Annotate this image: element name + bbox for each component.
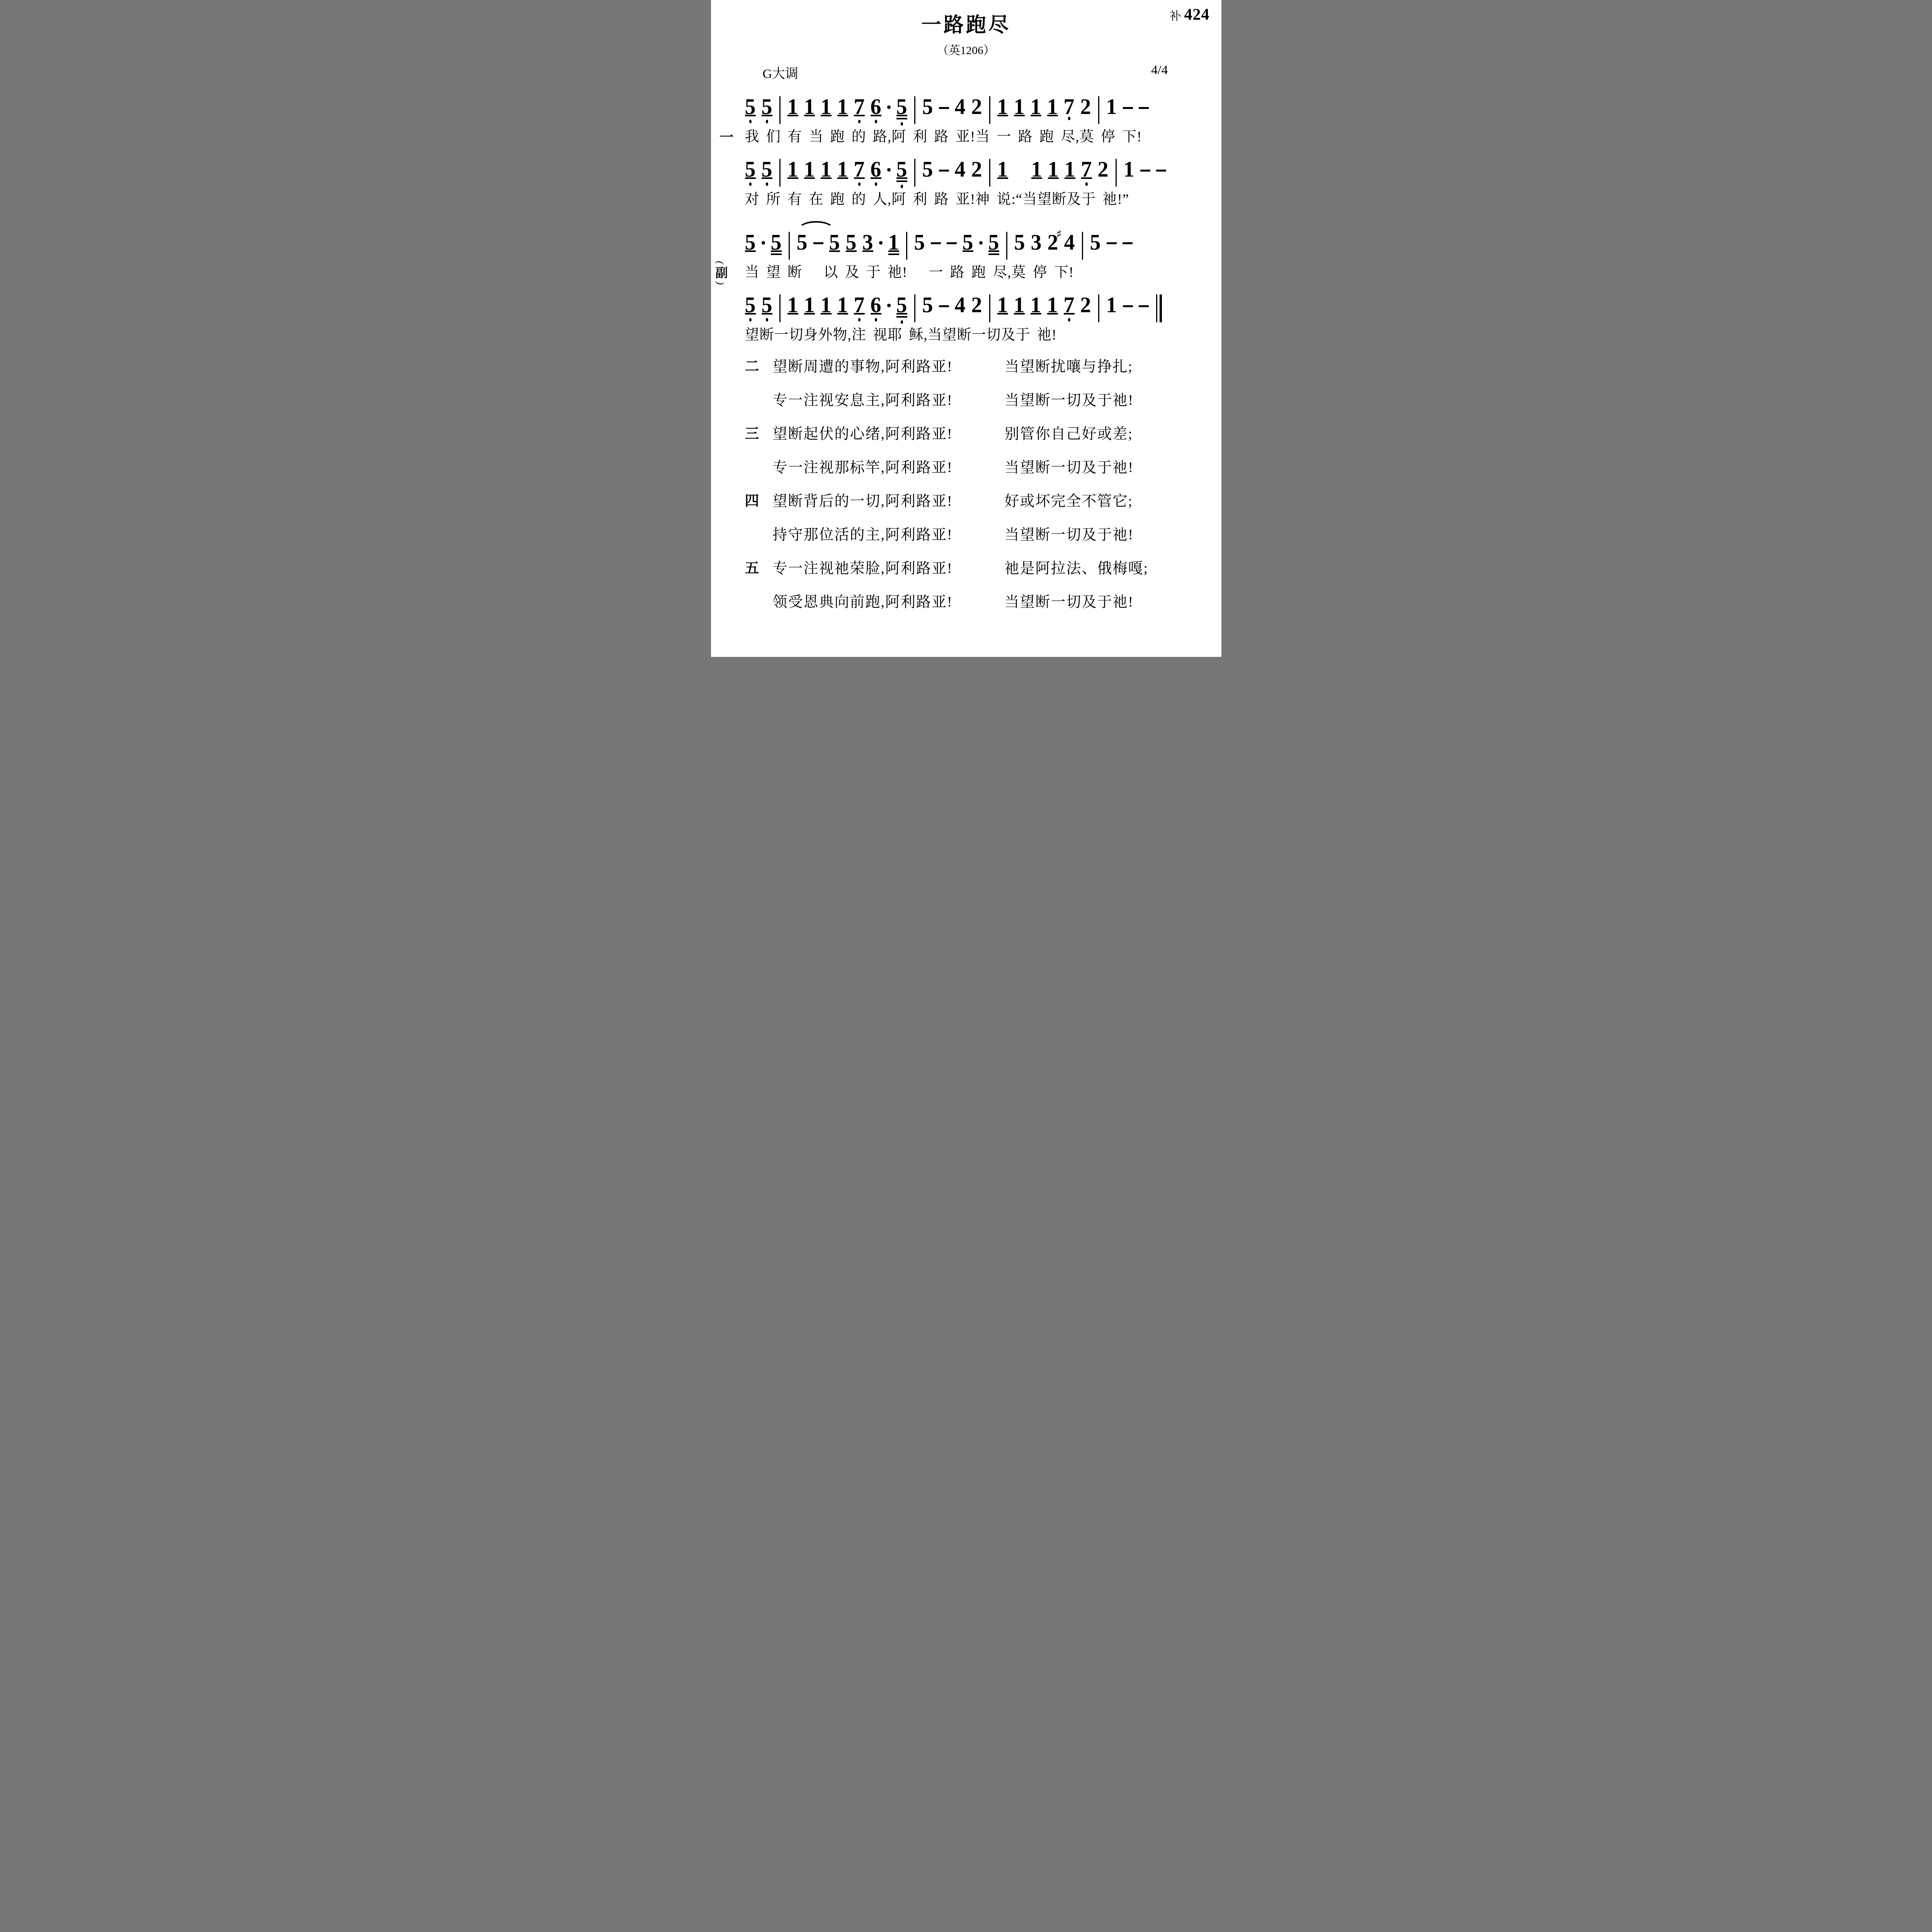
sharp-accidental: ♯ [1056,229,1062,240]
eighth-underline [1081,177,1092,179]
barline [779,159,781,187]
note-digit: 2 [1080,95,1091,119]
note: ♯4 [1064,232,1075,253]
note: 6 [871,159,881,180]
duration-dash [939,170,949,172]
note: 1 [1065,159,1075,180]
note-digit: 4 [955,158,966,182]
note: 5 [745,232,756,253]
verse-line: 持守那位活的主,阿利路亚!当望断一切及于祂! [745,522,1210,544]
note: 4 [955,96,966,118]
dotted-note-dot [762,232,765,253]
low-octave-dot [766,182,768,186]
notation-line: 5511117655421111721 [745,291,1210,319]
note: 5 [797,232,808,253]
low-octave-dot [858,120,861,123]
verse-text-right: 当望断一切及于祂! [1005,590,1210,611]
verse-number: 三 [745,422,773,443]
note: 4 [955,159,966,180]
eighth-underline [888,250,899,252]
verse-text-right: 当望断扰嚷与挣扎; [1005,354,1210,376]
note: 1 [821,96,832,118]
note: 5 [1090,232,1101,253]
note: 1 [888,232,899,253]
eighth-underline [896,115,907,116]
eighth-underline [745,115,756,116]
low-octave-dot [1068,318,1070,321]
note: 1 [997,159,1008,180]
note: 5 [963,232,973,253]
low-octave-dot [875,120,877,123]
note: 2 [971,96,982,118]
barline [1116,159,1117,187]
note: 1 [1124,159,1134,180]
eighth-underline [871,177,881,179]
eighth-underline [837,177,848,179]
sixteenth-underline [896,316,907,318]
eighth-underline [804,177,815,179]
score-system: 5511117655421111721望断一切身外物,注 视耶 稣,当望断一切及… [745,291,1210,344]
subtitle-english-index: （英1206） [711,41,1221,58]
note: 3 [862,232,873,253]
note: 5 [745,96,756,118]
note: 1 [821,294,832,316]
barline [1082,232,1083,260]
note: 2 [1080,294,1091,316]
eighth-underline [829,250,840,252]
eighth-underline [846,250,857,252]
dotted-note-dot [879,232,883,253]
verse: 四望断背后的一切,阿利路亚!好或坏完全不管它;持守那位活的主,阿利路亚!当望断一… [745,489,1210,544]
eighth-underline [1031,177,1042,179]
note: 1 [1014,96,1025,118]
note: 1 [1048,159,1059,180]
eighth-underline [762,177,772,179]
note: 5 [914,232,925,253]
eighth-underline [1048,177,1059,179]
chorus-label: 副 [716,267,728,280]
notation-line: 5511117655421111721 [745,93,1210,121]
chorus-paren-close-icon: ) [718,282,726,286]
eighth-underline [837,313,848,315]
dotted-note-dot [887,294,891,316]
low-octave-dot [766,120,768,123]
note: 2 [971,159,982,180]
note: 5 [922,294,933,316]
eighth-underline [787,313,798,315]
note: 2 [1080,96,1091,118]
eighth-underline [821,115,832,116]
eighth-underline [745,313,756,315]
sixteenth-underline [896,118,907,119]
note-digit: 5 [922,158,933,182]
verse-line: 二望断周遭的事物,阿利路亚!当望断扰嚷与挣扎; [745,354,1210,376]
note: 5 [762,294,772,316]
duration-dash [1140,170,1150,172]
time-signature: 4/4 [1151,63,1168,78]
note: 1 [837,96,848,118]
note: 1 [1106,96,1117,118]
score-system: 5555531555532♯45(副)当 望 断 以 及 于 祂! 一 路 跑 … [745,219,1210,281]
lyric-text: 当 望 断 以 及 于 祂! 一 路 跑 尽,莫 停 下! [745,265,1074,281]
eighth-underline [854,313,865,315]
note: 1 [837,159,848,180]
note: 2 [971,294,982,316]
hymn-number-value: 424 [1184,6,1210,24]
note-digit: 5 [797,231,808,255]
note: 5 [771,232,782,253]
verse-text-left: 望断起伏的心绪,阿利路亚! [773,422,1005,443]
low-octave-dot [875,318,877,321]
verse-text-right: 当望断一切及于祂! [1005,522,1210,544]
eighth-underline [804,313,815,315]
note-digit: 5 [1090,231,1101,255]
verse: 五专一注视祂荣脸,阿利路亚!祂是阿拉法、俄梅嘎;领受恩典向前跑,阿利路亚!当望断… [745,556,1210,611]
page-title: 一路跑尽 [711,9,1221,37]
duration-dash [947,242,957,244]
verse-line: 领受恩典向前跑,阿利路亚!当望断一切及于祂! [745,590,1210,611]
eighth-underline [787,115,798,116]
note: 5 [1014,232,1025,253]
barline [914,159,915,187]
note: 1 [787,96,798,118]
note: 1 [1106,294,1117,316]
hymn-number-label: 补 [1170,10,1181,22]
verse-text-right: 当望断一切及于祂! [1005,388,1210,409]
note: 2 [1098,159,1109,180]
low-octave-dot [875,182,877,186]
eighth-underline [1047,115,1058,116]
duration-dash [1123,107,1133,109]
verse-line: 五专一注视祂荣脸,阿利路亚!祂是阿拉法、俄梅嘎; [745,556,1210,577]
final-barline [1156,294,1162,322]
low-octave-dot [901,122,903,126]
note: 5 [988,232,999,253]
eighth-underline [762,115,772,116]
barline [789,232,790,260]
lyric-text: 我 们 有 当 跑 的 路,阿 利 路 亚!当 一 路 跑 尽,莫 停 下! [745,129,1142,145]
note: 3 [1031,232,1042,253]
note-digit: 4 [1064,231,1075,255]
verse-text-right: 别管你自己好或差; [1005,422,1210,443]
note-digit: 5 [922,293,933,317]
eighth-underline [997,313,1008,315]
barline [989,96,990,124]
note: 1 [1014,294,1025,316]
eighth-underline [1047,313,1058,315]
note-digit: 1 [1124,158,1134,182]
note: 7 [1064,294,1075,316]
lyric-line: 一我 们 有 当 跑 的 路,阿 利 路 亚!当 一 路 跑 尽,莫 停 下! [745,129,1210,146]
note: 1 [837,294,848,316]
eighth-underline [804,115,815,116]
low-octave-dot [1085,182,1088,186]
eighth-underline [762,313,772,315]
eighth-underline [854,115,865,116]
low-octave-dot [901,185,903,188]
hymn-number: 补 424 [1170,5,1210,24]
duration-dash [1156,170,1166,172]
verse-line: 专一注视那标竿,阿利路亚!当望断一切及于祂! [745,455,1210,476]
hymn-sheet-page: 补 424 一路跑尽 （英1206） G大调 4/4 5511117655421… [711,0,1221,657]
lyric-line: 对 所 有 在 跑 的 人,阿 利 路 亚!神 说:“当望断及于 祂!” [745,191,1210,208]
note: 5 [745,294,756,316]
verse-text-left: 领受恩典向前跑,阿利路亚! [773,590,1005,611]
verse-number: 五 [745,556,773,577]
duration-dash [1122,242,1133,244]
note: 5 [762,96,772,118]
note: 1 [821,159,832,180]
eighth-underline [787,177,798,179]
note: 5 [896,294,907,316]
eighth-underline [821,313,832,315]
note: 5 [922,159,933,180]
verses-section: 二望断周遭的事物,阿利路亚!当望断扰嚷与挣扎;专一注视安息主,阿利路亚!当望断一… [711,354,1221,611]
verse-number: 二 [745,355,773,376]
low-octave-dot [749,318,752,321]
chorus-marker: (副) [716,259,728,287]
barline [1006,232,1007,260]
note: 5 [745,159,756,180]
low-octave-dot [749,182,752,186]
barline [989,294,990,322]
score-system: 5511117655421111721一我 们 有 当 跑 的 路,阿 利 路 … [745,93,1210,146]
barline [914,294,915,322]
note: 1 [1031,294,1041,316]
note: 7 [1064,96,1075,118]
barline [989,159,990,187]
verse-text-right: 祂是阿拉法、俄梅嘎; [1005,556,1210,577]
sixteenth-underline [771,253,782,255]
low-octave-dot [901,320,903,324]
verse-text-left: 专一注视祂荣脸,阿利路亚! [773,556,1005,577]
eighth-underline [1065,177,1075,179]
barline [906,232,907,260]
note-digit: 2 [971,293,982,317]
note: 5 [922,96,933,118]
low-octave-dot [766,318,768,321]
verse-text-left: 望断周遭的事物,阿利路亚! [773,354,1005,376]
duration-dash [813,242,823,244]
duration-dash [1123,305,1133,307]
note-digit: 2 [1098,158,1109,182]
verse-line: 专一注视安息主,阿利路亚!当望断一切及于祂! [745,388,1210,409]
note: 7 [854,96,865,118]
note-digit: 4 [955,293,966,317]
barline [1098,96,1099,124]
score-system: 5511117655421111721对 所 有 在 跑 的 人,阿 利 路 亚… [745,156,1210,208]
note: 1 [997,96,1008,118]
verse: 三望断起伏的心绪,阿利路亚!别管你自己好或差;专一注视那标竿,阿利路亚!当望断一… [745,422,1210,476]
duration-dash [931,242,941,244]
dotted-note-dot [887,96,891,118]
low-octave-dot [1068,117,1070,120]
note: 1 [804,96,815,118]
note: 1 [1031,159,1042,180]
note: 1 [787,159,798,180]
verse-text-right: 好或坏完全不管它; [1005,489,1210,510]
note: 5 [829,232,840,253]
note: 7 [1081,159,1092,180]
duration-dash [1139,305,1149,307]
key-time-row: G大调 4/4 [711,63,1221,80]
spacer [1014,168,1026,172]
eighth-underline [854,177,865,179]
final-barline-thick [1160,294,1162,322]
low-octave-dot [858,318,861,321]
verse: 二望断周遭的事物,阿利路亚!当望断扰嚷与挣扎;专一注视安息主,阿利路亚!当望断一… [745,354,1210,409]
note: 4 [955,294,966,316]
note-digit: 4 [955,95,966,119]
verse-text-left: 持守那位活的主,阿利路亚! [773,522,1005,544]
note: 5 [896,96,907,118]
note: 5 [896,159,907,180]
eighth-underline [1031,115,1041,116]
note-digit: 5 [914,231,925,255]
eighth-underline [871,313,881,315]
note: 6 [871,294,881,316]
note-digit: 2 [971,95,982,119]
eighth-underline [1014,115,1025,116]
note: 1 [804,294,815,316]
note-digit: 5 [1014,231,1025,255]
sixteenth-underline [988,253,999,255]
eighth-underline [862,250,873,252]
low-octave-dot [858,182,861,186]
note: 7 [854,294,865,316]
eighth-underline [745,177,756,179]
eighth-underline [896,313,907,315]
eighth-underline [997,177,1008,179]
duration-dash [939,107,949,109]
eighth-underline [745,250,756,252]
notation-line: 5555531555532♯45 [745,219,1210,257]
note: 5 [762,159,772,180]
dotted-note-dot [979,232,983,253]
verse-text-left: 专一注视那标竿,阿利路亚! [773,455,1005,476]
barline [779,96,781,124]
lyric-text: 对 所 有 在 跑 的 人,阿 利 路 亚!神 说:“当望断及于 祂!” [745,192,1129,207]
eighth-underline [1031,313,1041,315]
note: 1 [1047,294,1058,316]
sixteenth-underline [888,253,899,255]
final-barline-thin [1156,294,1157,322]
chorus-paren-open-icon: ( [718,261,726,265]
lyric-line: 望断一切身外物,注 视耶 稣,当望断一切及于 祂! [745,327,1210,344]
barline [1098,294,1099,322]
note-digit: 2 [971,158,982,182]
verse-number: 四 [745,489,773,510]
eighth-underline [821,177,832,179]
note-digit: 1 [1106,95,1117,119]
note: 1 [1047,96,1058,118]
note-digit: 3 [1031,231,1042,255]
verse-text-right: 当望断一切及于祂! [1005,455,1210,476]
verse-text-left: 专一注视安息主,阿利路亚! [773,388,1005,409]
duration-dash [939,305,949,307]
barline [914,96,915,124]
eighth-underline [771,250,782,252]
dotted-note-dot [887,159,891,180]
sixteenth-underline [896,180,907,182]
note-digit: 1 [1106,293,1117,317]
barline [779,294,781,322]
eighth-underline [871,115,881,116]
eighth-underline [1064,313,1075,315]
lyric-text: 望断一切身外物,注 视耶 稣,当望断一切及于 祂! [745,327,1057,343]
note: 7 [854,159,865,180]
eighth-underline [988,250,999,252]
eighth-underline [837,115,848,116]
duration-dash [1139,107,1149,109]
note: 6 [871,96,881,118]
verse-number: 一 [719,129,734,146]
verse-line: 四望断背后的一切,阿利路亚!好或坏完全不管它; [745,489,1210,510]
note-digit: 2 [1080,293,1091,317]
lyric-line: (副)当 望 断 以 及 于 祂! 一 路 跑 尽,莫 停 下! [745,264,1210,281]
tie-group: 55 [797,232,840,253]
note: 1 [997,294,1008,316]
note: 5 [846,232,857,253]
notation-line: 5511117655421111721 [745,156,1210,184]
key-signature: G大调 [763,63,799,82]
low-octave-dot [749,120,752,123]
eighth-underline [1014,313,1025,315]
note-digit: 5 [922,95,933,119]
eighth-underline [963,250,973,252]
notation-score: 5511117655421111721一我 们 有 当 跑 的 路,阿 利 路 … [711,93,1221,344]
note: 1 [787,294,798,316]
verse-line: 三望断起伏的心绪,阿利路亚!别管你自己好或差; [745,422,1210,443]
note: 1 [1031,96,1041,118]
note: 1 [804,159,815,180]
duration-dash [1107,242,1117,244]
verse-text-left: 望断背后的一切,阿利路亚! [773,489,1005,510]
eighth-underline [896,177,907,179]
note-digit: 7 [1064,95,1075,119]
eighth-underline [997,115,1008,116]
